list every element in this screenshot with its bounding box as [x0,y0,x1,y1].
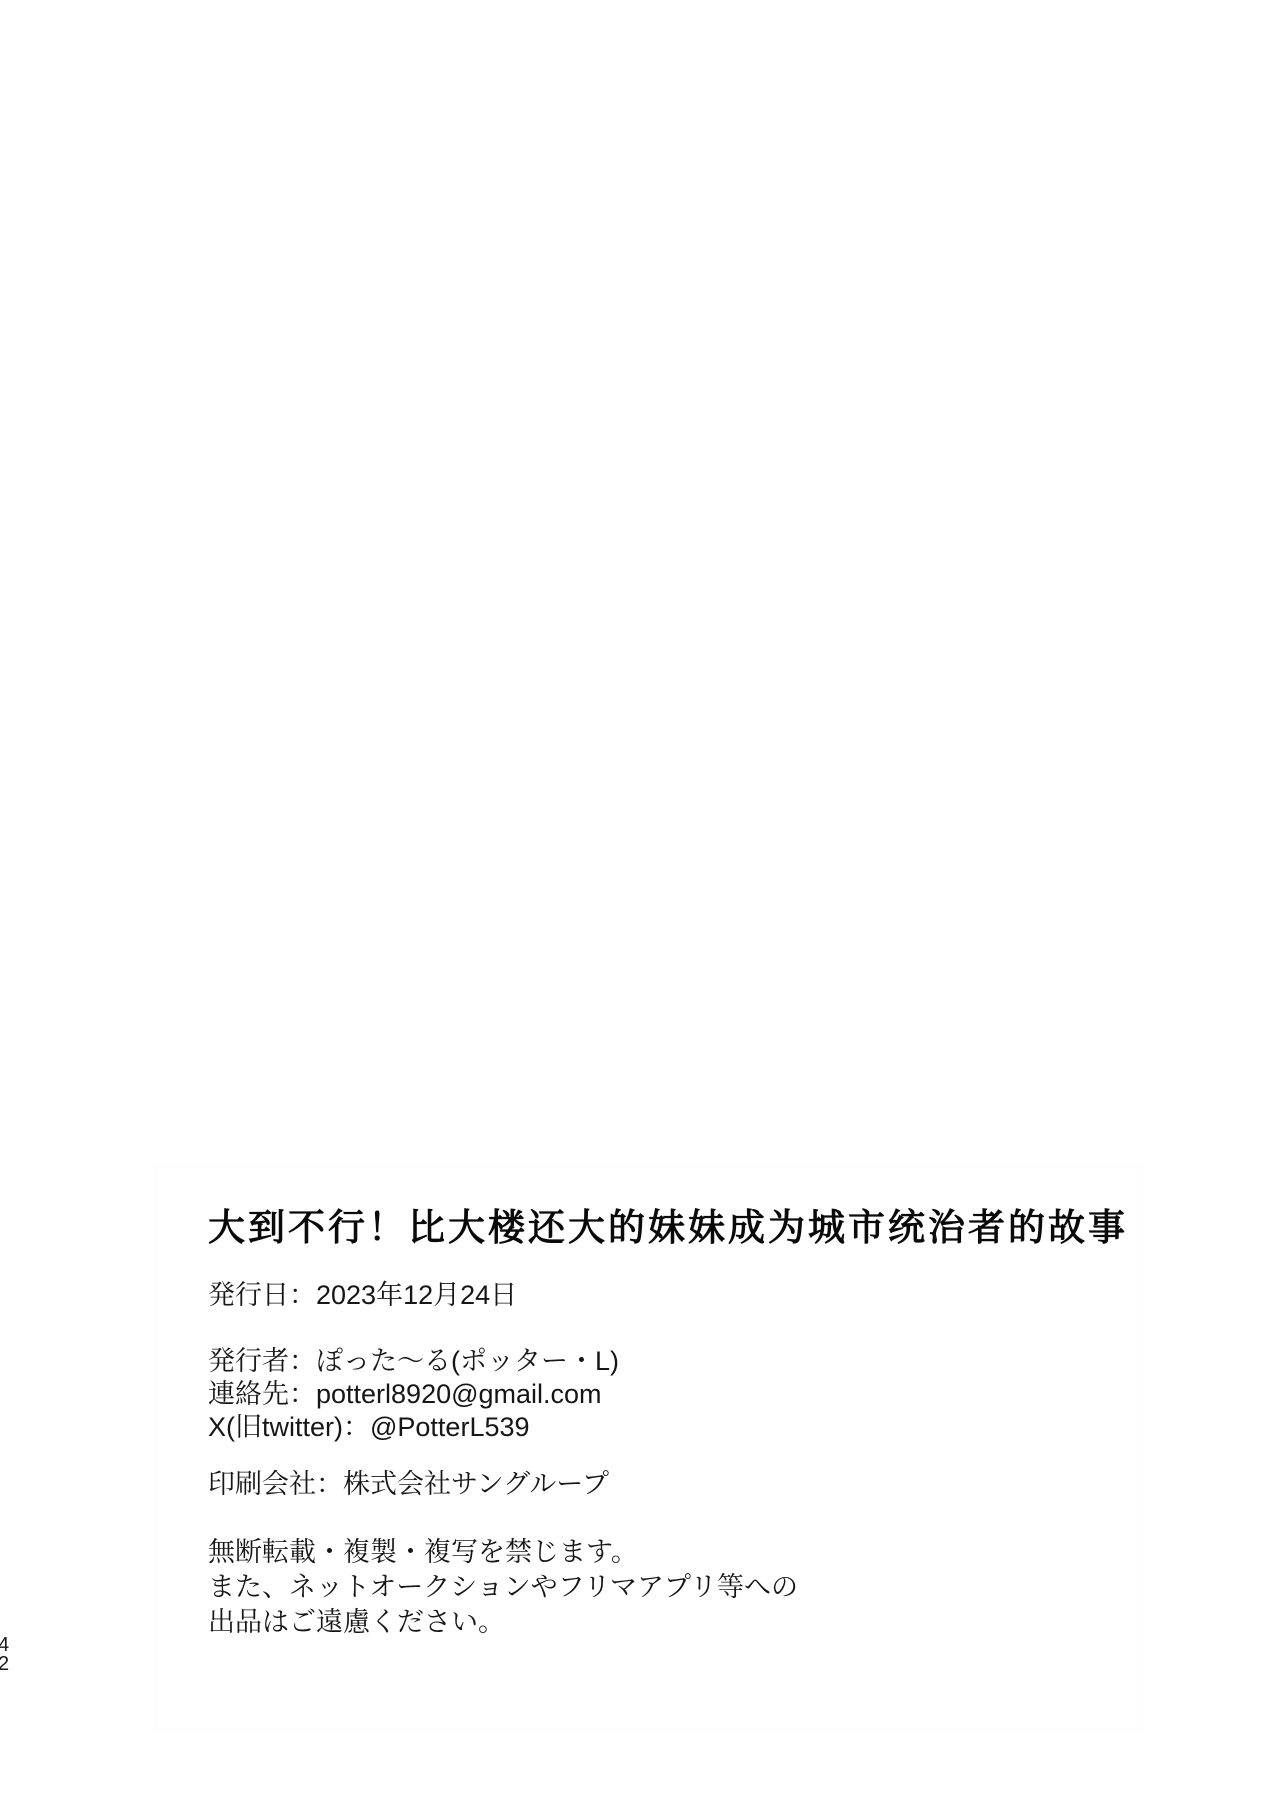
page-number-digit-bottom: 2 [0,1655,9,1674]
notice-line-2: また、ネットオークションやフリマアプリ等への [208,1570,1168,1605]
twitter-handle-line: X(旧twitter)：@PotterL539 [208,1411,1168,1444]
notice-line-1: 無断転載・複製・複写を禁じます。 [208,1535,1168,1570]
printer-company-line: 印刷会社：株式会社サングループ [208,1467,1168,1501]
contact-email-line: 連絡先：potterl8920@gmail.com [208,1378,1168,1411]
page-number: 4 2 [0,1636,9,1674]
book-title: 大到不行！比大楼还大的妹妹成为城市统治者的故事 [208,1204,1168,1252]
colophon-page: 大到不行！比大楼还大的妹妹成为城市统治者的故事 発行日：2023年12月24日 … [0,0,1280,1807]
publisher-line: 発行者：ぽった～る(ポッター・L) [208,1345,1168,1378]
notice-line-3: 出品はご遠慮ください。 [208,1605,1168,1640]
publisher-info-group: 発行者：ぽった～る(ポッター・L) 連絡先：potterl8920@gmail.… [208,1345,1168,1444]
reproduction-notice: 無断転載・複製・複写を禁じます。 また、ネットオークションやフリマアプリ等への … [208,1535,1168,1640]
colophon-block: 大到不行！比大楼还大的妹妹成为城市统治者的故事 発行日：2023年12月24日 … [208,1204,1168,1640]
publish-date-line: 発行日：2023年12月24日 [208,1278,1168,1312]
